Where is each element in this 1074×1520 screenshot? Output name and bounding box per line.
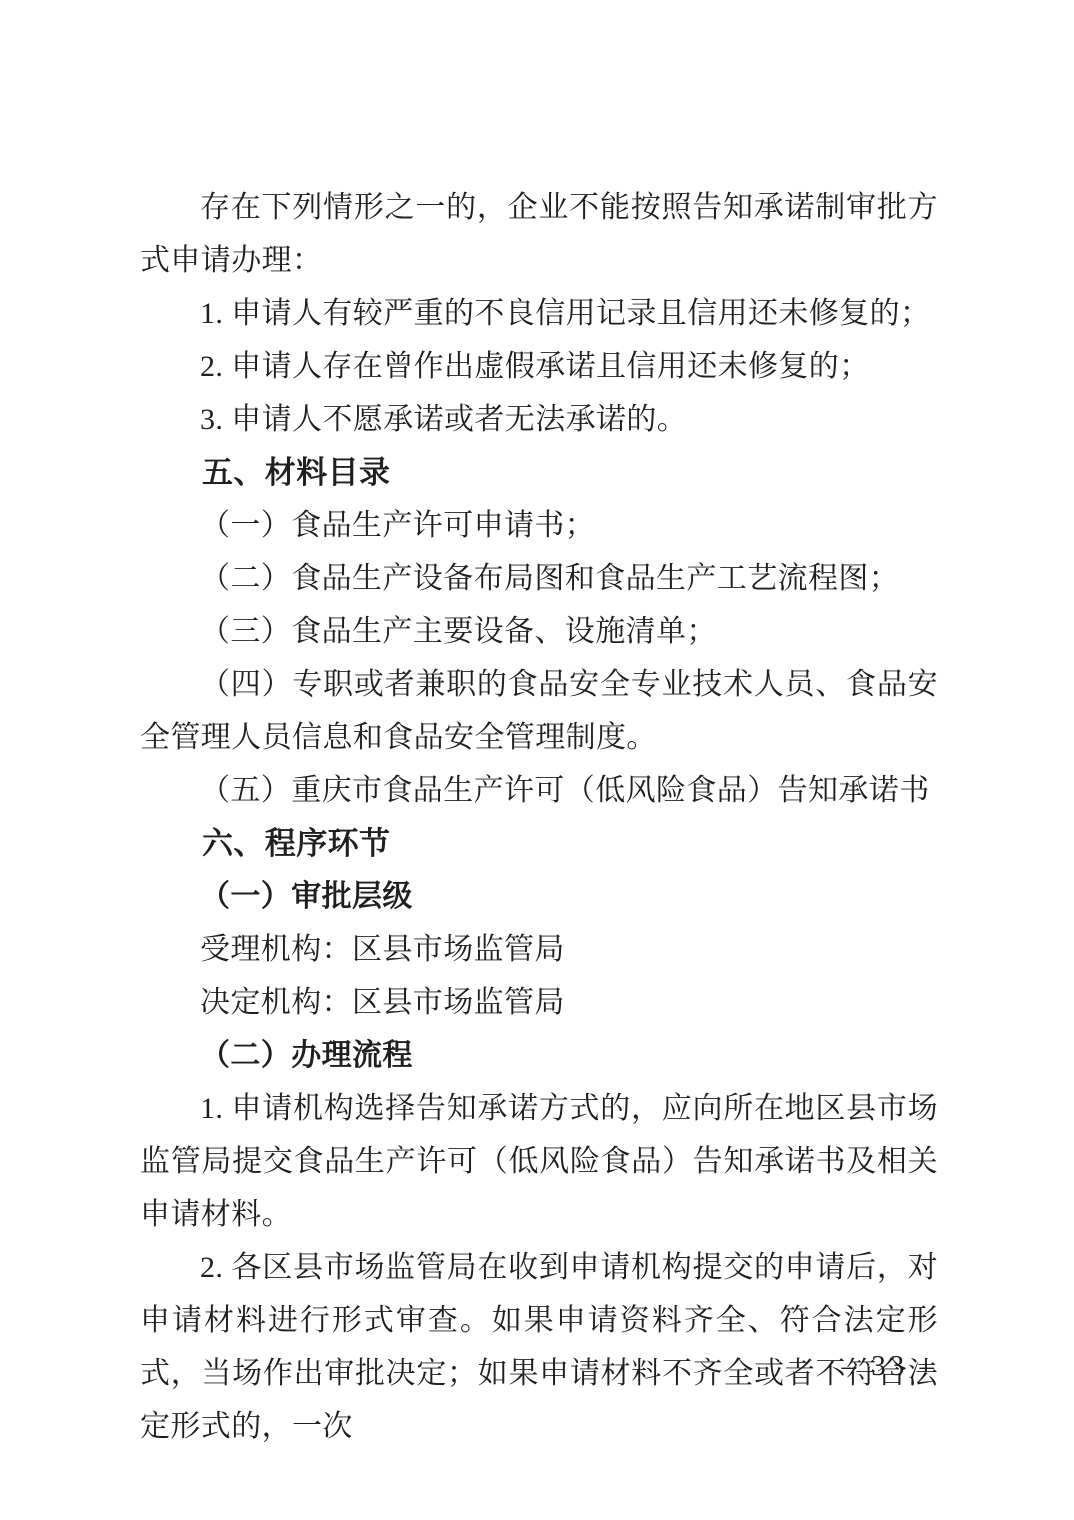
paragraph: 3. 申请人不愿承诺或者无法承诺的。 — [140, 393, 938, 446]
paragraph: 2. 申请人存在曾作出虚假承诺且信用还未修复的； — [140, 340, 938, 393]
page-number: – 33 – — [842, 1346, 939, 1386]
paragraph: 受理机构：区县市场监管局 — [140, 923, 938, 976]
section-heading: 五、材料目录 — [140, 446, 938, 499]
paragraph: （五）重庆市食品生产许可（低风险食品）告知承诺书 — [140, 764, 938, 817]
paragraph: 1. 申请人有较严重的不良信用记录且信用还未修复的； — [140, 287, 938, 340]
document-page: 存在下列情形之一的，企业不能按照告知承诺制审批方式申请办理：1. 申请人有较严重… — [0, 0, 1074, 1520]
section-heading: （二）办理流程 — [140, 1029, 938, 1082]
section-heading: （一）审批层级 — [140, 870, 938, 923]
document-content: 存在下列情形之一的，企业不能按照告知承诺制审批方式申请办理：1. 申请人有较严重… — [140, 181, 938, 1453]
paragraph: 存在下列情形之一的，企业不能按照告知承诺制审批方式申请办理： — [140, 181, 938, 287]
section-heading: 六、程序环节 — [140, 817, 938, 870]
paragraph: （二）食品生产设备布局图和食品生产工艺流程图； — [140, 552, 938, 605]
paragraph: 2. 各区县市场监管局在收到申请机构提交的申请后，对申请材料进行形式审查。如果申… — [140, 1241, 938, 1453]
paragraph: 1. 申请机构选择告知承诺方式的，应向所在地区县市场监管局提交食品生产许可（低风… — [140, 1082, 938, 1241]
paragraph: （三）食品生产主要设备、设施清单； — [140, 605, 938, 658]
paragraph: 决定机构：区县市场监管局 — [140, 976, 938, 1029]
paragraph: （四）专职或者兼职的食品安全专业技术人员、食品安全管理人员信息和食品安全管理制度… — [140, 658, 938, 764]
paragraph: （一）食品生产许可申请书； — [140, 499, 938, 552]
